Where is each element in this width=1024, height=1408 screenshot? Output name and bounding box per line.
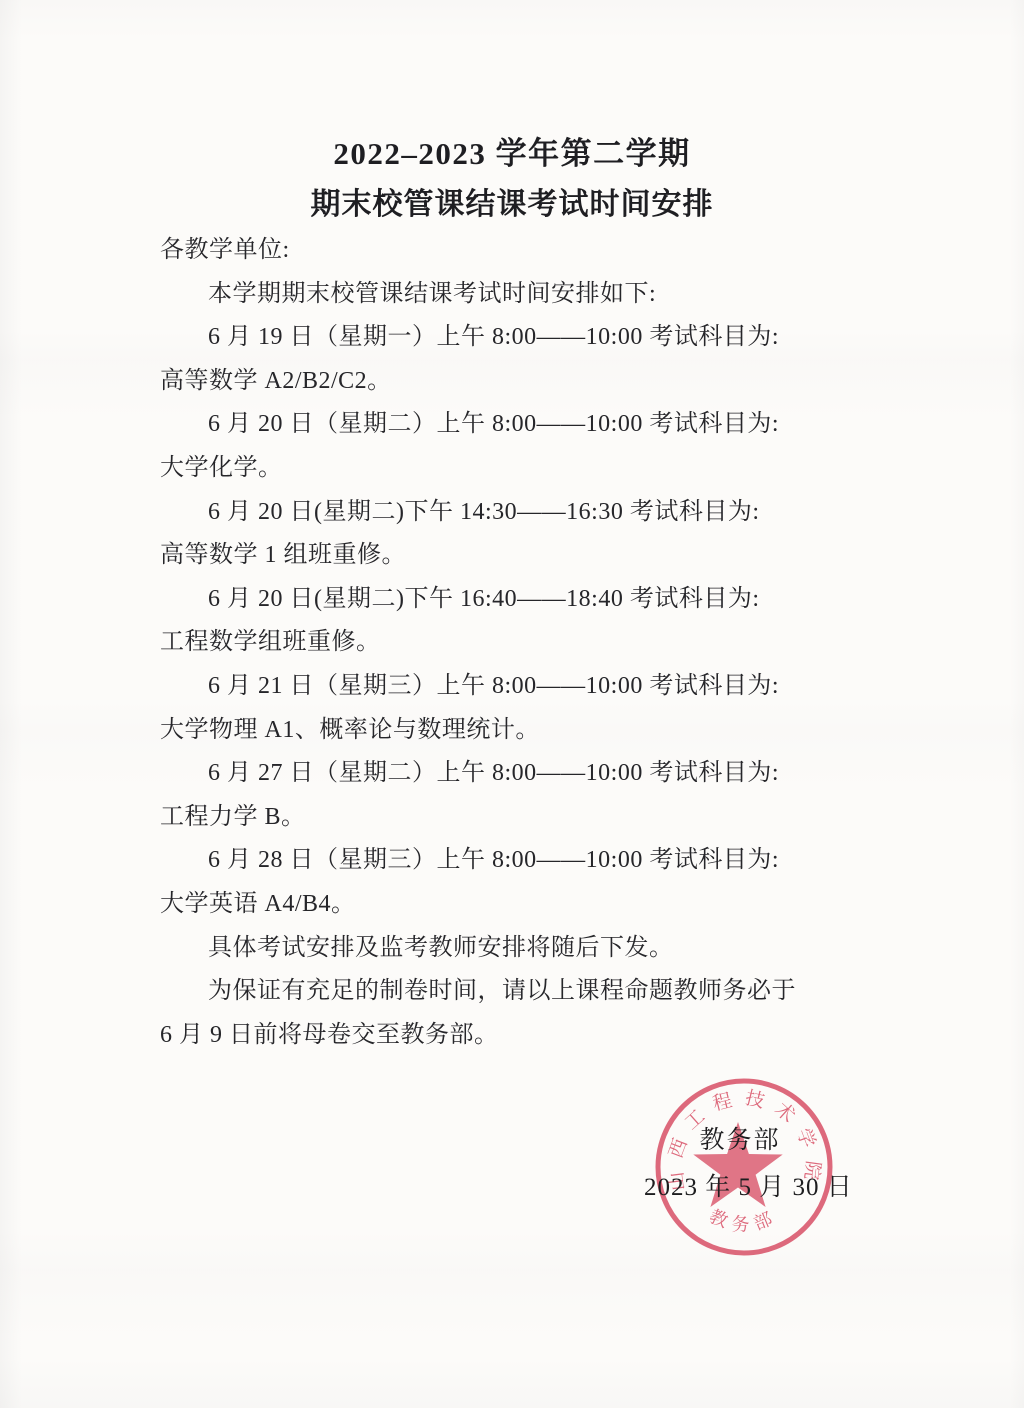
- salutation-line: 各教学单位:: [160, 229, 866, 273]
- document-title-line2: 期末校管课结课考试时间安排: [0, 179, 1024, 223]
- body-line: 大学英语 A4/B4。: [160, 883, 866, 927]
- signature-department: 教务部: [640, 1120, 840, 1156]
- body-line: 6 月 21 日（星期三）上午 8:00——10:00 考试科目为:: [160, 665, 866, 709]
- body-line: 高等数学 A2/B2/C2。: [160, 360, 866, 404]
- body-line: 6 月 20 日(星期二)下午 16:40——18:40 考试科目为:: [160, 578, 866, 622]
- body-line: 高等数学 1 组班重修。: [160, 534, 866, 578]
- body-line: 工程数学组班重修。: [160, 621, 866, 665]
- body-line: 大学化学。: [160, 447, 866, 491]
- body-line: 6 月 20 日(星期二)下午 14:30——16:30 考试科目为:: [160, 491, 866, 535]
- body-line: 大学物理 A1、概率论与数理统计。: [160, 709, 866, 753]
- body-line: 6 月 27 日（星期二）上午 8:00——10:00 考试科目为:: [160, 752, 866, 796]
- body-line: 6 月 28 日（星期三）上午 8:00——10:00 考试科目为:: [160, 839, 866, 883]
- body-line: 6 月 20 日（星期二）上午 8:00——10:00 考试科目为:: [160, 403, 866, 447]
- document-title-line1: 2022–2023 学年第二学期: [0, 128, 1024, 173]
- scanned-notice-page: 2022–2023 学年第二学期 期末校管课结课考试时间安排 各教学单位: 本学…: [0, 0, 1024, 1408]
- seal-department-text: 教务部: [707, 1206, 782, 1234]
- body-line: 具体考试安排及监考教师安排将随后下发。: [160, 927, 866, 971]
- body-line: 本学期期末校管课结课考试时间安排如下:: [160, 273, 866, 317]
- notice-body: 各教学单位: 本学期期末校管课结课考试时间安排如下: 6 月 19 日（星期一）…: [160, 229, 866, 1057]
- signature-date: 2023 年 5 月 30 日: [644, 1167, 853, 1203]
- body-line: 工程力学 B。: [160, 796, 866, 840]
- svg-text:教务部: 教务部: [707, 1206, 782, 1234]
- body-line: 6 月 9 日前将母卷交至教务部。: [160, 1014, 866, 1058]
- body-line: 6 月 19 日（星期一）上午 8:00——10:00 考试科目为:: [160, 316, 866, 360]
- body-line: 为保证有充足的制卷时间，请以上课程命题教师务必于: [160, 970, 866, 1014]
